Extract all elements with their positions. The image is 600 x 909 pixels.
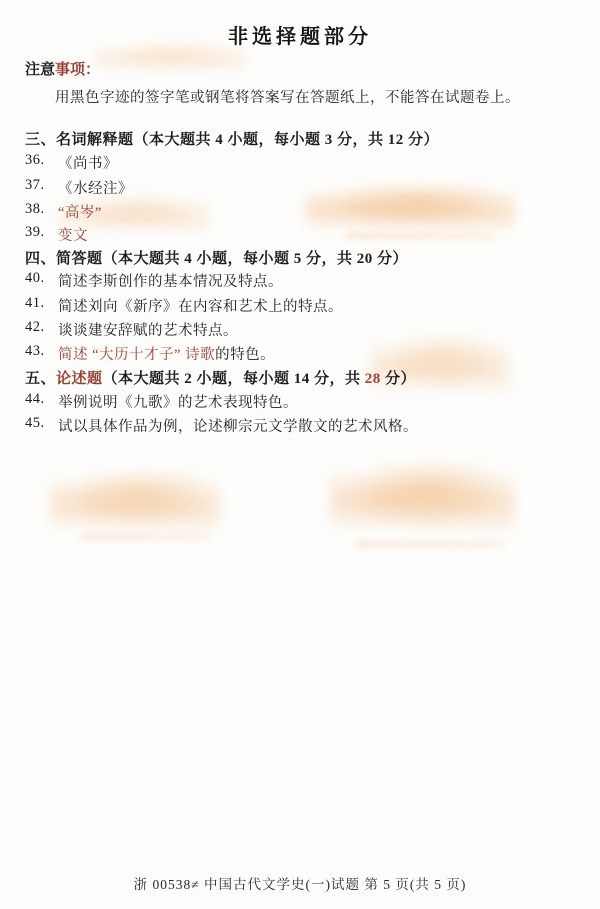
question-number: 37. — [25, 177, 58, 198]
watermark — [355, 540, 505, 548]
heading-prefix: 五、 — [25, 371, 56, 387]
question-number: 45. — [25, 415, 58, 436]
question-number: 43. — [25, 343, 58, 364]
question-text-red: 诗歌 — [181, 347, 215, 363]
question-number: 44. — [25, 391, 58, 412]
question-40: 40.简述李斯创作的基本情况及特点。 — [25, 270, 590, 291]
question-text-red: 简述 — [58, 347, 92, 363]
question-number: 41. — [25, 295, 58, 316]
notice-heading: 注意事项： — [25, 58, 100, 79]
question-38: 38.“高岑” — [25, 201, 590, 222]
question-text-red: “大历十才子” — [92, 347, 181, 363]
question-text: 《水经注》 — [58, 177, 133, 198]
question-number: 38. — [25, 201, 58, 222]
question-number: 36. — [25, 152, 58, 173]
notice-heading-black: 注意 — [25, 62, 55, 78]
question-44: 44.举例说明《九歌》的艺术表现特色。 — [25, 391, 590, 412]
page-title: 非选择题部分 — [0, 20, 600, 49]
question-text: 简述 “大历十才子” 诗歌的特色。 — [58, 343, 275, 364]
question-text: 简述李斯创作的基本情况及特点。 — [58, 270, 283, 291]
question-text: “高岑” — [58, 201, 102, 222]
notice-heading-red: 事项： — [55, 62, 100, 78]
question-text: 简述刘向《新序》在内容和艺术上的特点。 — [58, 295, 343, 316]
question-41: 41.简述刘向《新序》在内容和艺术上的特点。 — [25, 295, 590, 316]
exam-page: 非选择题部分 注意事项： 用黑色字迹的签字笔或钢笔将答案写在答题纸上，不能答在试… — [0, 0, 600, 909]
section-4-heading: 四、简答题（本大题共 4 小题，每小题 5 分，共 20 分） — [25, 247, 408, 268]
heading-mid: （本大题共 2 小题，每小题 14 分，共 — [103, 371, 365, 387]
question-number: 42. — [25, 319, 58, 340]
question-text: 谈谈建安辞赋的艺术特点。 — [58, 319, 238, 340]
section-5-heading: 五、论述题（本大题共 2 小题，每小题 14 分，共 28 分） — [25, 367, 416, 388]
watermark — [80, 533, 210, 541]
question-number: 39. — [25, 224, 58, 245]
question-text-black: 的特色。 — [215, 347, 275, 363]
question-text: 变文 — [58, 224, 88, 245]
question-45: 45.试以具体作品为例，论述柳宗元文学散文的艺术风格。 — [25, 415, 590, 436]
question-37: 37.《水经注》 — [25, 177, 590, 198]
heading-suffix: 分） — [381, 371, 416, 387]
question-43: 43.简述 “大历十才子” 诗歌的特色。 — [25, 343, 590, 364]
question-text: 举例说明《九歌》的艺术表现特色。 — [58, 391, 298, 412]
question-text: 试以具体作品为例，论述柳宗元文学散文的艺术风格。 — [58, 415, 418, 436]
question-36: 36.《尚书》 — [25, 152, 590, 173]
question-42: 42.谈谈建安辞赋的艺术特点。 — [25, 319, 590, 340]
question-39: 39.变文 — [25, 224, 590, 245]
watermark — [50, 470, 220, 532]
watermark — [330, 462, 515, 532]
heading-red: 论述题 — [56, 371, 103, 387]
section-3-heading: 三、名词解释题（本大题共 4 小题，每小题 3 分，共 12 分） — [25, 128, 439, 149]
heading-points-red: 28 — [365, 371, 381, 387]
page-footer: 浙 00538≠ 中国古代文学史(一)试题 第 5 页(共 5 页) — [0, 873, 600, 893]
question-text: 《尚书》 — [58, 152, 118, 173]
question-number: 40. — [25, 270, 58, 291]
notice-text: 用黑色字迹的签字笔或钢笔将答案写在答题纸上，不能答在试题卷上。 — [55, 86, 520, 107]
